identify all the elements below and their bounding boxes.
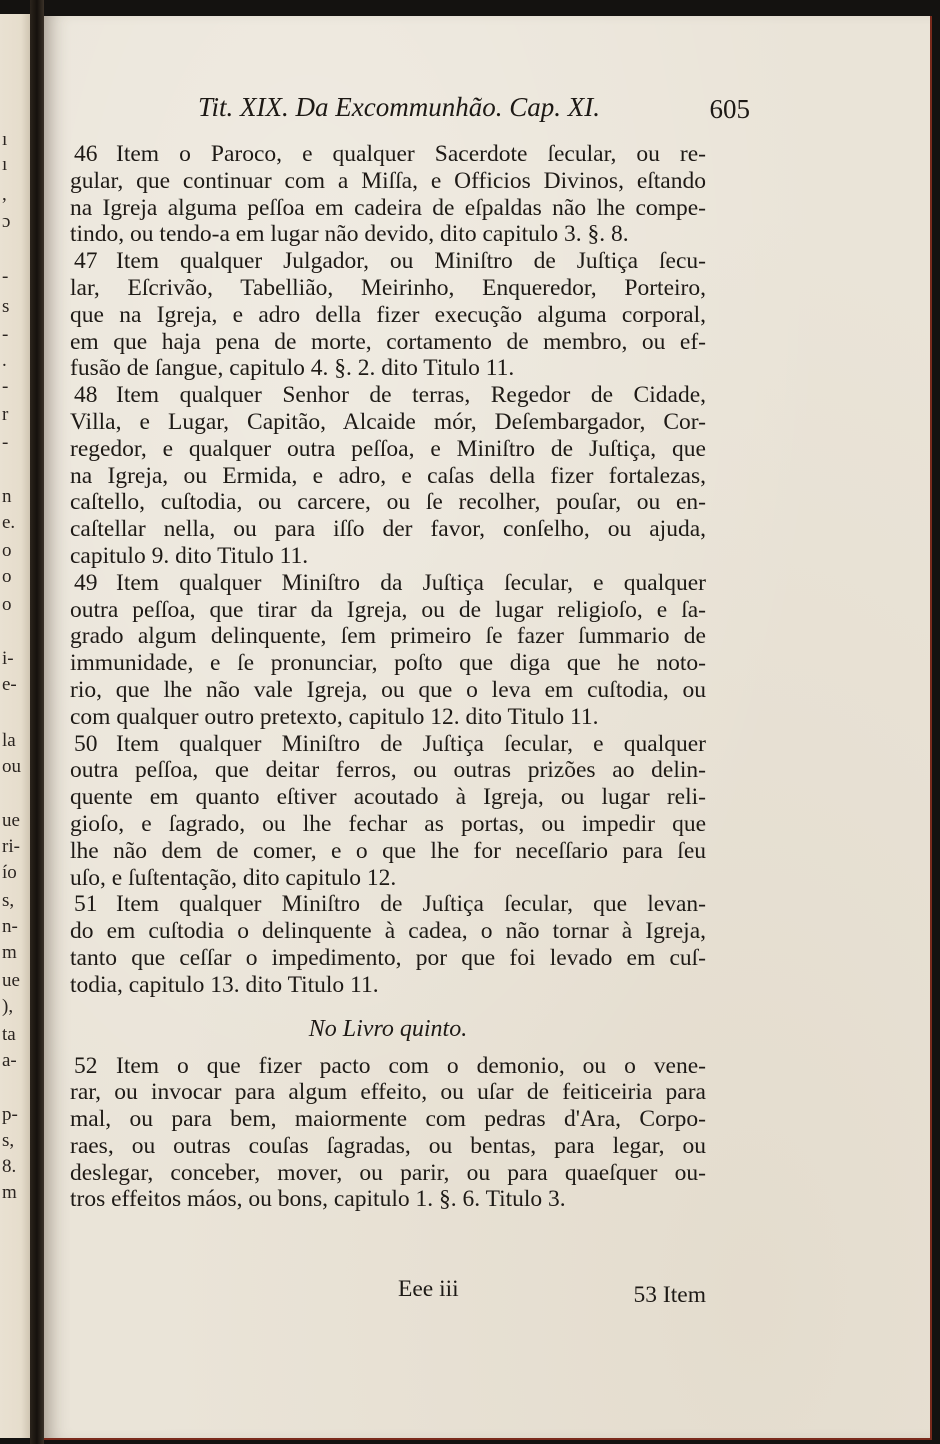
text-line: 47Item qualquer Julgador, ou Miniſtro de… [70,248,706,275]
text-line-content: Item qualquer Miniſtro de Juſtiça ſecula… [116,891,706,917]
previous-page-text-fragment: ta [2,1024,16,1046]
text-line: tindo, ou tendo-a em lugar não devido, d… [70,221,706,248]
text-line-content: Item o Paroco, e qualquer Sacerdote ſecu… [116,141,706,167]
previous-page-text-fragment: o [2,540,12,562]
text-line: deslegar, conceber, mover, ou parir, ou … [70,1160,706,1187]
text-line: 52Item o que fizer pacto com o demonio, … [70,1053,706,1080]
text-line: gioſo, e ſagrado, ou lhe fechar as porta… [70,811,706,838]
text-line: quente em quanto eſtiver acoutado à Igre… [70,784,706,811]
text-line: immunidade, e ſe pronunciar, poſto que d… [70,650,706,677]
previous-page-text-fragment: ue [2,970,20,992]
text-line-content: Item qualquer Miniſtro da Juſtiça ſecula… [116,570,706,596]
text-line: fusão de ſangue, capitulo 4. §. 2. dito … [70,355,706,382]
book-gutter [30,0,44,1444]
paragraph-number: 46 [74,141,104,168]
text-line: tros effeitos máos, ou bons, capitulo 1.… [70,1186,706,1213]
previous-page-text-fragment: s [2,296,9,318]
previous-page-text-fragment: - [2,376,8,398]
previous-page-text-fragment: ue [2,810,20,832]
text-line: na Igreja alguma peſſoa em cadeira de eſ… [70,195,706,222]
previous-page-text-fragment: s, [2,1130,14,1152]
text-line: com qualquer outro pretexto, capitulo 12… [70,704,706,731]
text-line: regedor, e qualquer outra peſſoa, e Mini… [70,436,706,463]
previous-page-edge: ıı,ɔ-s-.-r-ne.oooi-e-laouueri-íos,n-mue)… [0,14,30,1438]
text-line: 49Item qualquer Miniſtro da Juſtiça ſecu… [70,570,706,597]
running-head: Tit. XIX. Da Excommunhão. Cap. XI. 605 [198,92,750,126]
previous-page-text-fragment: n- [2,916,18,938]
text-line: lar, Eſcrivão, Tabellião, Meirinho, Enqu… [70,275,706,302]
text-line: 48Item qualquer Senhor de terras, Regedo… [70,382,706,409]
previous-page-text-fragment: n [2,486,12,508]
previous-page-text-fragment: 8. [2,1156,16,1178]
text-line: uſo, e ſuſtentação, dito capitulo 12. [70,865,706,892]
section-heading: No Livro quinto. [70,1003,706,1053]
text-line: raes, ou outras couſas ſagradas, ou bent… [70,1133,706,1160]
previous-page-text-fragment: ı [2,129,7,151]
previous-page-text-fragment: ou [2,756,21,778]
paragraph-item: 52Item o que fizer pacto com o demonio, … [70,1053,706,1214]
previous-page-text-fragment: e- [2,674,17,696]
previous-page-text-fragment: m [2,942,17,964]
text-line: grado algum delinquente, ſem primeiro ſe… [70,623,706,650]
previous-page-text-fragment: ), [2,996,13,1018]
catchword: 53 Item [634,1282,706,1309]
previous-page-text-fragment: o [2,566,12,588]
previous-page-text-fragment: r [2,404,8,426]
text-line: gular, que continuar com a Miſſa, e Offi… [70,168,706,195]
running-head-title: Tit. XIX. Da Excommunhão. Cap. XI. [198,92,600,123]
previous-page-text-fragment: m [2,1182,17,1204]
text-line: caſtello, cuſtodia, ou carcere, ou ſe re… [70,489,706,516]
text-line: rio, que lhe não vale Igreja, ou que o l… [70,677,706,704]
text-line: 51Item qualquer Miniſtro de Juſtiça ſecu… [70,891,706,918]
paragraph-number: 47 [74,248,104,275]
text-line: lhe não dem de comer, e o que lhe for ne… [70,838,706,865]
text-line: do em cuſtodia o delinquente à cadea, o … [70,918,706,945]
previous-page-text-fragment: o [2,594,12,616]
text-line-content: Item qualquer Miniſtro de Juſtiça ſecula… [116,731,706,757]
text-line-content: Item qualquer Julgador, ou Miniſtro de J… [116,248,706,274]
text-line: em que haja pena de morte, cortamento de… [70,329,706,356]
text-line-content: Item qualquer Senhor de terras, Regedor … [116,382,706,408]
previous-page-text-fragment: a- [2,1050,17,1072]
text-line: tanto que ceſſar o impedimento, por que … [70,945,706,972]
paragraph-number: 52 [74,1053,104,1080]
previous-page-text-fragment: - [2,266,8,288]
text-line: que na Igreja, e adro della fizer execuç… [70,302,706,329]
text-line: mal, ou para bem, maiormente com pedras … [70,1106,706,1133]
paragraph-number: 50 [74,731,104,758]
text-line: Villa, e Lugar, Capitão, Alcaide mór, De… [70,409,706,436]
text-line: 50Item qualquer Miniſtro de Juſtiça ſecu… [70,731,706,758]
paragraph-number: 51 [74,891,104,918]
text-line: todia, capitulo 13. dito Titulo 11. [70,972,706,999]
text-line: outra peſſoa, que deitar ferros, ou outr… [70,757,706,784]
previous-page-text-fragment: ɔ [2,211,10,233]
text-line: caſtellar nella, ou para iſſo der favor,… [70,516,706,543]
previous-page-text-fragment: i- [2,648,14,670]
text-line-content: Item o que fizer pacto com o demonio, ou… [116,1053,706,1079]
paragraph-number: 48 [74,382,104,409]
paragraph-item: 48Item qualquer Senhor de terras, Regedo… [70,382,706,570]
paragraph-item: 46Item o Paroco, e qualquer Sacerdote ſe… [70,141,706,248]
paragraph-item: 51Item qualquer Miniſtro de Juſtiça ſecu… [70,891,706,998]
previous-page-text-fragment: s, [2,890,14,912]
paragraph-list-after-heading: 52Item o que fizer pacto com o demonio, … [70,1053,706,1214]
previous-page-text-fragment: , [2,184,7,206]
paragraph-list: 46Item o Paroco, e qualquer Sacerdote ſe… [70,141,706,999]
previous-page-text-fragment: ri- [2,836,20,858]
page-number: 605 [710,94,751,125]
paragraph-item: 47Item qualquer Julgador, ou Miniſtro de… [70,248,706,382]
page-footer: Eee iii 53 Item [70,1276,706,1306]
previous-page-text-fragment: - [2,324,8,346]
body-text: 46Item o Paroco, e qualquer Sacerdote ſe… [70,141,706,1213]
text-line: rar, ou invocar para algum effeito, ou u… [70,1079,706,1106]
signature-mark: Eee iii [398,1276,459,1303]
previous-page-text-fragment: . [2,350,7,372]
book-page: Tit. XIX. Da Excommunhão. Cap. XI. 605 4… [44,16,932,1440]
text-line: 46Item o Paroco, e qualquer Sacerdote ſe… [70,141,706,168]
text-line: na Igreja, ou Ermida, e adro, e caſas de… [70,463,706,490]
paragraph-item: 50Item qualquer Miniſtro de Juſtiça ſecu… [70,731,706,892]
paragraph-number: 49 [74,570,104,597]
paragraph-item: 49Item qualquer Miniſtro da Juſtiça ſecu… [70,570,706,731]
previous-page-text-fragment: ı [2,154,7,176]
previous-page-text-fragment: e. [2,512,15,534]
text-line: outra peſſoa, que tirar da Igreja, ou de… [70,597,706,624]
previous-page-text-fragment: ío [2,862,17,884]
previous-page-text-fragment: - [2,432,8,454]
text-line: capitulo 9. dito Titulo 11. [70,543,706,570]
previous-page-text-fragment: p- [2,1104,18,1126]
previous-page-text-fragment: la [2,730,16,752]
